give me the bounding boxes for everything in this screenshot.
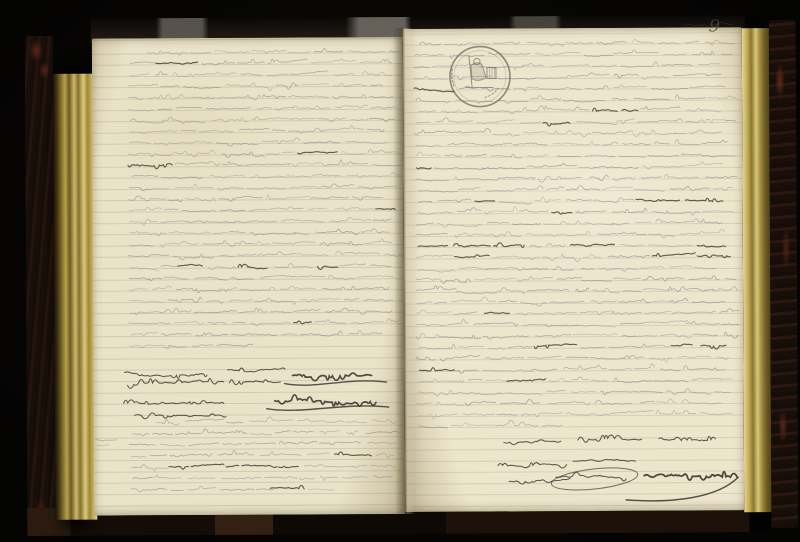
- signature: [498, 463, 567, 469]
- signature: [228, 368, 286, 372]
- signature: [504, 440, 561, 445]
- signature: [626, 471, 738, 501]
- pencil-note: [96, 439, 117, 445]
- signature: [509, 479, 570, 485]
- signature: [135, 413, 226, 419]
- stamp-figure-body: [471, 63, 486, 81]
- photograph-background: 9: [0, 0, 800, 542]
- signature: [659, 436, 716, 441]
- signature: [230, 379, 281, 384]
- signature: [267, 394, 389, 410]
- stamp-rim-lettering-2: [485, 88, 498, 97]
- signature: [573, 459, 635, 461]
- signature: [285, 373, 387, 385]
- register-book: 9: [0, 0, 800, 542]
- stamp-shield-stripes: [489, 68, 494, 79]
- stamp-rim-lettering: [452, 69, 454, 86]
- handwriting-ink-layer: [0, 0, 800, 542]
- signature: [128, 378, 224, 388]
- handwriting-block: [127, 48, 403, 349]
- page-number: 9: [708, 16, 734, 40]
- signature: [124, 399, 224, 404]
- signature: [125, 372, 207, 379]
- handwriting-block: [129, 416, 403, 492]
- handwriting-block: [414, 39, 740, 428]
- signature: [550, 464, 639, 493]
- signature: [578, 435, 642, 442]
